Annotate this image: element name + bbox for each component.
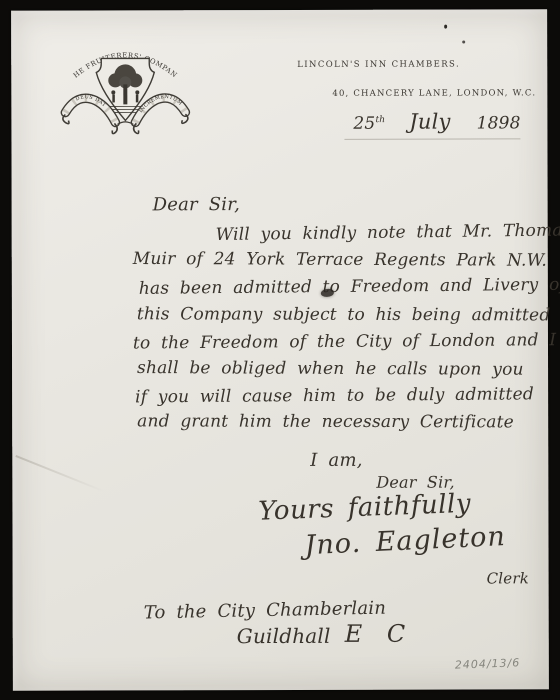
date-day: 25 — [353, 114, 375, 134]
body-line: if you will cause him to be duly admitte… — [135, 384, 534, 407]
letterhead-line1: LINCOLN'S INN CHAMBERS. — [297, 60, 460, 70]
date-rule — [344, 138, 520, 139]
archive-reference: 2404/13/6 — [455, 656, 521, 671]
paper-speck — [444, 25, 447, 29]
body-line: Will you kindly note that Mr. Thomas — [216, 220, 560, 245]
date-ordinal: th — [375, 115, 385, 125]
body-line: to the Freedom of the City of London and… — [133, 330, 556, 353]
valediction-yours-faithfully: Yours faithfully — [258, 489, 472, 527]
date-year: 1898 — [477, 113, 521, 133]
paper-speck — [462, 41, 465, 44]
photo-backdrop: THE FRUITERERS' COMPANY — [0, 0, 560, 700]
date-line: 25thJuly1898 — [353, 109, 520, 133]
salutation: Dear Sir, — [153, 194, 240, 215]
letter-paper: THE FRUITERERS' COMPANY — [11, 9, 549, 690]
signer-title: Clerk — [487, 569, 529, 587]
signature: Jno. Eagleton — [304, 521, 507, 561]
body-line: this Company subject to his being admitt… — [137, 304, 551, 325]
valediction-i-am: I am, — [310, 450, 362, 471]
addressee-guildhall: Guildhall — [237, 624, 331, 648]
addressee-postal-district: E C — [345, 620, 412, 648]
body-line: has been admitted to Freedom and Livery … — [139, 275, 560, 299]
body-line: and grant him the necessary Certificate — [137, 411, 514, 432]
body-line: Muir of 24 York Terrace Regents Park N.W… — [133, 249, 547, 271]
body-line: shall be obliged when he calls upon you — [137, 358, 524, 380]
letterhead-line2: 40, CHANCERY LANE, LONDON, W.C. — [332, 88, 536, 99]
fruiterers-company-crest: THE FRUITERERS' COMPANY — [55, 30, 195, 150]
paper-crease — [15, 455, 104, 492]
date-month: July — [409, 110, 450, 134]
